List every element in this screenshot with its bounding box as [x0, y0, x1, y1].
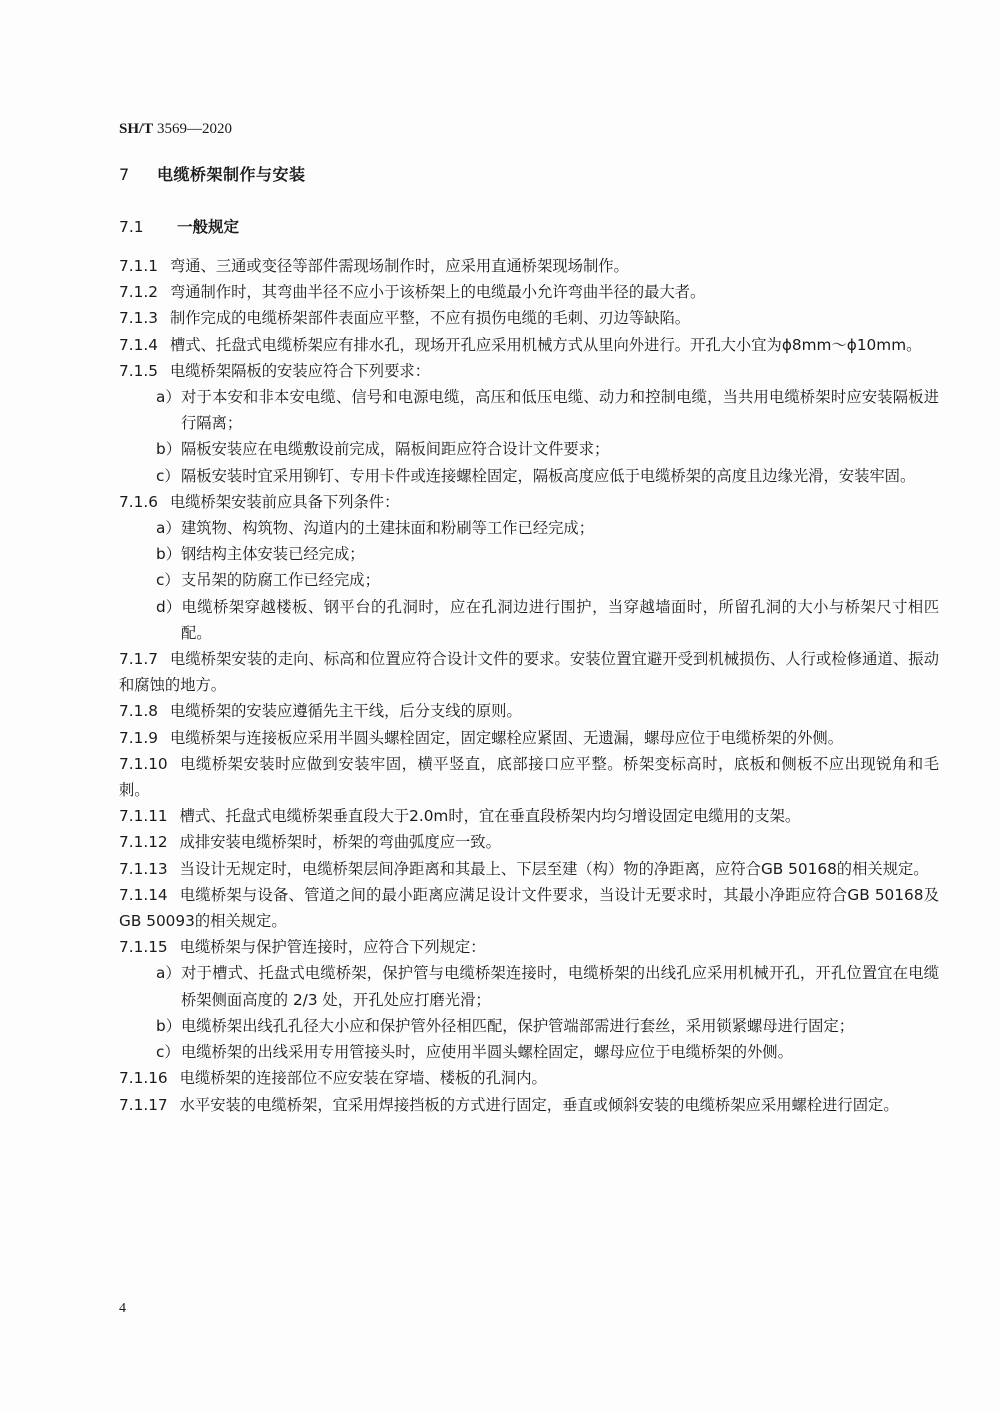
clause: 7.1.15电缆桥架与保护管连接时，应符合下列规定： [119, 934, 939, 960]
list-item-text: 电缆桥架出线孔孔径大小应和保护管外径相匹配，保护管端部需进行套丝，采用锁紧螺母进… [181, 1017, 854, 1035]
document-page: SH/T 3569—2020 7电缆桥架制作与安装 7.1一般规定 7.1.1弯… [0, 0, 1000, 1414]
clause-number: 7.1.4 [119, 332, 158, 358]
clause-text: 弯通制作时，其弯曲半径不应小于该桥架上的电缆最小允许弯曲半径的最大者。 [170, 283, 705, 301]
list-item-label: a） [156, 960, 181, 986]
standard-prefix: SH/T [119, 121, 153, 137]
clause-number: 7.1.3 [119, 305, 158, 331]
clause-text: 电缆桥架与连接板应采用半圆头螺栓固定，固定螺栓应紧固、无遗漏，螺母应位于电缆桥架… [170, 729, 843, 747]
clause-number: 7.1.6 [119, 489, 158, 515]
list-item: b）隔板安装应在电缆敷设前完成，隔板间距应符合设计文件要求； [138, 436, 939, 462]
list-item-text: 建筑物、构筑物、沟道内的土建抹面和粉刷等工作已经完成； [181, 519, 594, 537]
clause: 7.1.7电缆桥架安装的走向、标高和位置应符合设计文件的要求。安装位置宜避开受到… [119, 646, 939, 698]
list-item-label: c） [156, 567, 181, 593]
list-item: a）对于槽式、托盘式电缆桥架，保护管与电缆桥架连接时，电缆桥架的出线孔应采用机械… [138, 960, 939, 1012]
clause-text: 电缆桥架安装时应做到安装牢固，横平竖直，底部接口应平整。桥架变标高时，底板和侧板… [119, 755, 939, 799]
clause-number: 7.1.11 [119, 803, 168, 829]
clause-number: 7.1.17 [119, 1092, 168, 1118]
clause-text: 电缆桥架与设备、管道之间的最小距离应满足设计文件要求，当设计无要求时，其最小净距… [119, 886, 939, 930]
clause-text: 槽式、托盘式电缆桥架应有排水孔，现场开孔应采用机械方式从里向外进行。开孔大小宜为… [170, 336, 921, 354]
clause-number: 7.1.1 [119, 253, 158, 279]
clause-list: 7.1.1弯通、三通或变径等部件需现场制作时，应采用直通桥架现场制作。7.1.2… [119, 253, 939, 1118]
standard-code: SH/T 3569—2020 [119, 121, 232, 138]
clause-text: 电缆桥架隔板的安装应符合下列要求： [170, 362, 430, 380]
clause-number: 7.1.15 [119, 934, 168, 960]
clause-text: 电缆桥架安装的走向、标高和位置应符合设计文件的要求。安装位置宜避开受到机械损伤、… [119, 650, 939, 694]
list-item: d）电缆桥架穿越楼板、钢平台的孔洞时，应在孔洞边进行围护，当穿越墙面时，所留孔洞… [138, 594, 939, 646]
clause-text: 电缆桥架的连接部位不应安装在穿墙、楼板的孔洞内。 [180, 1069, 547, 1087]
list-item-label: a） [156, 515, 181, 541]
clause: 7.1.9电缆桥架与连接板应采用半圆头螺栓固定，固定螺栓应紧固、无遗漏，螺母应位… [119, 725, 939, 751]
clause: 7.1.12成排安装电缆桥架时，桥架的弯曲弧度应一致。 [119, 829, 939, 855]
list-item-text: 钢结构主体安装已经完成； [181, 545, 365, 563]
clause: 7.1.14电缆桥架与设备、管道之间的最小距离应满足设计文件要求，当设计无要求时… [119, 882, 939, 934]
list-item: c）支吊架的防腐工作已经完成； [138, 567, 939, 593]
section-number: 7.1 [119, 218, 177, 236]
clause: 7.1.1弯通、三通或变径等部件需现场制作时，应采用直通桥架现场制作。 [119, 253, 939, 279]
clause-number: 7.1.8 [119, 698, 158, 724]
list-item: a）对于本安和非本安电缆、信号和电源电缆，高压和低压电缆、动力和控制电缆，当共用… [138, 384, 939, 436]
list-item-text: 对于本安和非本安电缆、信号和电源电缆，高压和低压电缆、动力和控制电缆，当共用电缆… [181, 388, 939, 432]
clause-text: 成排安装电缆桥架时，桥架的弯曲弧度应一致。 [180, 833, 501, 851]
clause-text: 电缆桥架与保护管连接时，应符合下列规定： [180, 938, 486, 956]
section-title: 一般规定 [177, 218, 239, 236]
list-item: c）隔板安装时宜采用铆钉、专用卡件或连接螺栓固定，隔板高度应低于电缆桥架的高度且… [138, 463, 939, 489]
clause: 7.1.5电缆桥架隔板的安装应符合下列要求： [119, 358, 939, 384]
list-item: b）电缆桥架出线孔孔径大小应和保护管外径相匹配，保护管端部需进行套丝，采用锁紧螺… [138, 1013, 939, 1039]
list-item-label: c） [156, 1039, 181, 1065]
chapter-number: 7 [119, 165, 157, 184]
standard-number: 3569—2020 [157, 121, 232, 137]
clause-number: 7.1.13 [119, 856, 168, 882]
list-item-label: b） [156, 541, 181, 567]
clause-number: 7.1.5 [119, 358, 158, 384]
clause-number: 7.1.12 [119, 829, 168, 855]
list-item-label: d） [156, 594, 181, 620]
list-item: a）建筑物、构筑物、沟道内的土建抹面和粉刷等工作已经完成； [138, 515, 939, 541]
clause: 7.1.17水平安装的电缆桥架，宜采用焊接挡板的方式进行固定，垂直或倾斜安装的电… [119, 1092, 939, 1118]
list-item: c）电缆桥架的出线采用专用管接头时，应使用半圆头螺栓固定，螺母应位于电缆桥架的外… [138, 1039, 939, 1065]
clause-text: 水平安装的电缆桥架，宜采用焊接挡板的方式进行固定，垂直或倾斜安装的电缆桥架应采用… [180, 1096, 899, 1114]
clause: 7.1.4槽式、托盘式电缆桥架应有排水孔，现场开孔应采用机械方式从里向外进行。开… [119, 332, 939, 358]
clause: 7.1.16电缆桥架的连接部位不应安装在穿墙、楼板的孔洞内。 [119, 1065, 939, 1091]
clause: 7.1.3制作完成的电缆桥架部件表面应平整，不应有损伤电缆的毛刺、刃边等缺陷。 [119, 305, 939, 331]
chapter-heading: 7电缆桥架制作与安装 [119, 162, 306, 185]
clause-number: 7.1.7 [119, 646, 158, 672]
list-item-text: 隔板安装时宜采用铆钉、专用卡件或连接螺栓固定，隔板高度应低于电缆桥架的高度且边缘… [181, 467, 915, 485]
clause-number: 7.1.16 [119, 1065, 168, 1091]
section-heading: 7.1一般规定 [119, 215, 239, 237]
list-item-text: 电缆桥架穿越楼板、钢平台的孔洞时，应在孔洞边进行围护，当穿越墙面时，所留孔洞的大… [181, 598, 939, 642]
clause: 7.1.2弯通制作时，其弯曲半径不应小于该桥架上的电缆最小允许弯曲半径的最大者。 [119, 279, 939, 305]
list-item-text: 对于槽式、托盘式电缆桥架，保护管与电缆桥架连接时，电缆桥架的出线孔应采用机械开孔… [181, 964, 939, 1008]
list-item-label: b） [156, 1013, 181, 1039]
chapter-title: 电缆桥架制作与安装 [157, 165, 306, 184]
list-item-label: b） [156, 436, 181, 462]
list-item: b）钢结构主体安装已经完成； [138, 541, 939, 567]
clause-number: 7.1.9 [119, 725, 158, 751]
clause-text: 电缆桥架安装前应具备下列条件： [170, 493, 399, 511]
clause-number: 7.1.2 [119, 279, 158, 305]
clause: 7.1.13当设计无规定时，电缆桥架层间净距离和其最上、下层至建（构）物的净距离… [119, 856, 939, 882]
clause-text: 制作完成的电缆桥架部件表面应平整，不应有损伤电缆的毛刺、刃边等缺陷。 [170, 309, 690, 327]
clause-number: 7.1.14 [119, 882, 168, 908]
page-number: 4 [119, 1301, 126, 1317]
clause: 7.1.10电缆桥架安装时应做到安装牢固，横平竖直，底部接口应平整。桥架变标高时… [119, 751, 939, 803]
list-item-text: 支吊架的防腐工作已经完成； [181, 571, 380, 589]
clause: 7.1.6电缆桥架安装前应具备下列条件： [119, 489, 939, 515]
clause: 7.1.11槽式、托盘式电缆桥架垂直段大于2.0m时，宜在垂直段桥架内均匀增设固… [119, 803, 939, 829]
clause: 7.1.8电缆桥架的安装应遵循先主干线，后分支线的原则。 [119, 698, 939, 724]
list-item-text: 隔板安装应在电缆敷设前完成，隔板间距应符合设计文件要求； [181, 440, 609, 458]
clause-text: 电缆桥架的安装应遵循先主干线，后分支线的原则。 [170, 702, 522, 720]
clause-text: 弯通、三通或变径等部件需现场制作时，应采用直通桥架现场制作。 [170, 257, 629, 275]
clause-text: 槽式、托盘式电缆桥架垂直段大于2.0m时，宜在垂直段桥架内均匀增设固定电缆用的支… [180, 807, 801, 825]
list-item-label: c） [156, 463, 181, 489]
list-item-text: 电缆桥架的出线采用专用管接头时，应使用半圆头螺栓固定，螺母应位于电缆桥架的外侧。 [181, 1043, 793, 1061]
clause-number: 7.1.10 [119, 751, 168, 777]
list-item-label: a） [156, 384, 181, 410]
clause-text: 当设计无规定时，电缆桥架层间净距离和其最上、下层至建（构）物的净距离，应符合GB… [180, 860, 929, 878]
